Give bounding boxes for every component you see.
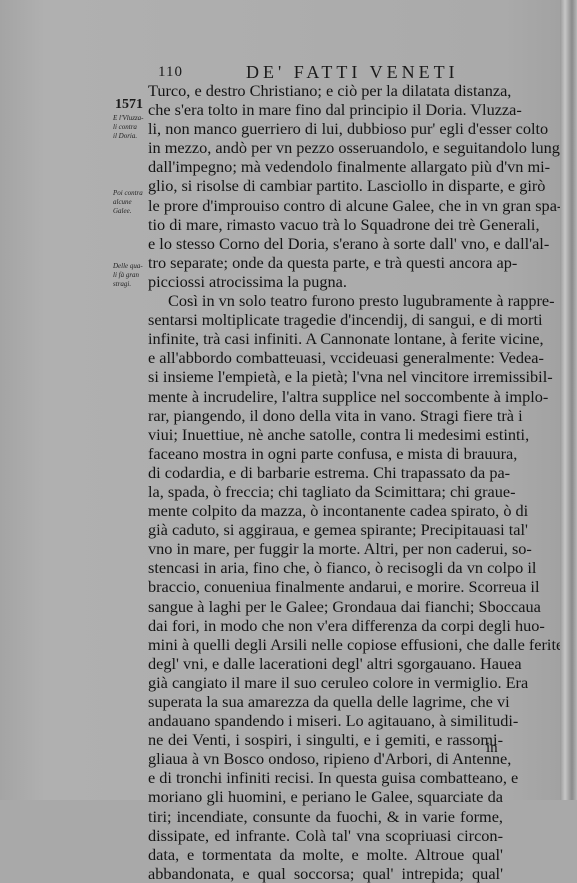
margin-note-2: Poi contra alcune Galee. (113, 189, 151, 216)
body-text: Turco, e destro Christiano; e ciò per la… (148, 81, 503, 800)
margin-note-line: il Doria. (113, 132, 151, 141)
margin-note-1: E l'Vluzza- li contra il Doria. (113, 114, 151, 141)
text-line: viui; Inuettiue, nè anche satolle, contr… (148, 425, 503, 444)
running-title: DE' FATTI VENETI (246, 62, 459, 83)
text-line: degl' vni, e dalle lacerationi degl' alt… (148, 654, 503, 673)
text-line: tio di mare, rimasto vacuo trà lo Squadr… (148, 215, 503, 234)
margin-note-line: stragi. (113, 280, 151, 289)
margin-note-line: li contra (113, 123, 151, 132)
margin-note-line: Poi contra (113, 189, 151, 198)
text-line: di codardia, e di barbarie estrema. Chi … (148, 463, 503, 482)
catchword: in (486, 740, 498, 757)
margin-note-line: Delle qua- (113, 262, 151, 271)
text-line: braccio, conueniua finalmente andarui, e… (148, 577, 503, 596)
text-line: la, spada, ò freccia; chi tagliato da Sc… (148, 482, 503, 501)
text-line: rar, piangendo, il dono della vita in va… (148, 406, 503, 425)
margin-note-line: li fà gran (113, 271, 151, 280)
text-line: sangue à laghi per le Galee; Grondaua da… (148, 597, 503, 616)
text-line: tro separate; onde da questa parte, e tr… (148, 253, 503, 272)
margin-note-line: alcune (113, 198, 151, 207)
text-line: si insieme l'empietà, e la pietà; l'vna … (148, 367, 503, 386)
text-line: in mezzo, andò per vn pezzo osseruandolo… (148, 138, 503, 157)
text-line: Turco, e destro Christiano; e ciò per la… (148, 81, 503, 100)
text-line: dai fori, in modo che non v'era differen… (148, 616, 503, 635)
text-line: le prore d'improuiso contro di alcune Ga… (148, 196, 503, 215)
text-line: andauano spandendo i miseri. Lo agitauan… (148, 711, 503, 730)
text-line: dall'impegno; mà vedendolo finalmente al… (148, 157, 503, 176)
margin-note-3: Delle qua- li fà gran stragi. (113, 262, 151, 289)
text-line: superata la sua amarezza da quella delle… (148, 692, 503, 711)
text-line: che s'era tolto in mare fino dal princip… (148, 100, 503, 119)
text-line: gliaua à vn Bosco ondoso, ripieno d'Arbo… (148, 749, 503, 768)
paragraph-start-line: Così in vn solo teatro furono presto lug… (148, 291, 503, 310)
text-line: mente à incrudelire, l'altra supplice ne… (148, 387, 503, 406)
text-line: e lo stesso Corno del Doria, s'erano à s… (148, 234, 503, 253)
text-line: infinite, trà casi infiniti. A Cannonate… (148, 329, 503, 348)
margin-note-line: Galee. (113, 207, 151, 216)
text-line: faceano mostra in ogni parte confusa, e … (148, 444, 503, 463)
text-line: li, non manco guerriero di lui, dubbioso… (148, 119, 503, 138)
text-line: stencasi in aria, fino che, ò fianco, ò … (148, 558, 503, 577)
text-line: ne dei Venti, i sospiri, i singulti, e i… (148, 730, 503, 749)
book-page: 110 DE' FATTI VENETI 1571 E l'Vluzza- li… (0, 0, 560, 800)
text-line: già cangiato il mare il suo ceruleo colo… (148, 673, 503, 692)
page-edge (560, 0, 577, 800)
text-line: e all'abbordo combatteuasi, vccideuasi g… (148, 348, 503, 367)
margin-year: 1571 (115, 97, 143, 113)
text-line: picciossi atrocissima la pugna. (148, 272, 503, 291)
text-line: mini à quelli degli Arsili nelle copiose… (148, 635, 503, 654)
text-line: mente colpito da mazza, ò incontanente c… (148, 501, 503, 520)
margin-note-line: E l'Vluzza- (113, 114, 151, 123)
text-line: vno in mare, per fuggir la morte. Altri,… (148, 539, 503, 558)
text-line: e di tronchi infiniti recisi. In questa … (148, 768, 503, 787)
text-line: glio, si risolse di cambiar partito. Las… (148, 176, 503, 195)
page-number: 110 (158, 64, 183, 81)
text-line: già caduto, si aggiraua, e gemea spirant… (148, 520, 503, 539)
text-line: moriano gli huomini, e periano le Galee,… (148, 787, 503, 800)
text-line: sentarsi moltiplicate tragedie d'incendi… (148, 310, 503, 329)
